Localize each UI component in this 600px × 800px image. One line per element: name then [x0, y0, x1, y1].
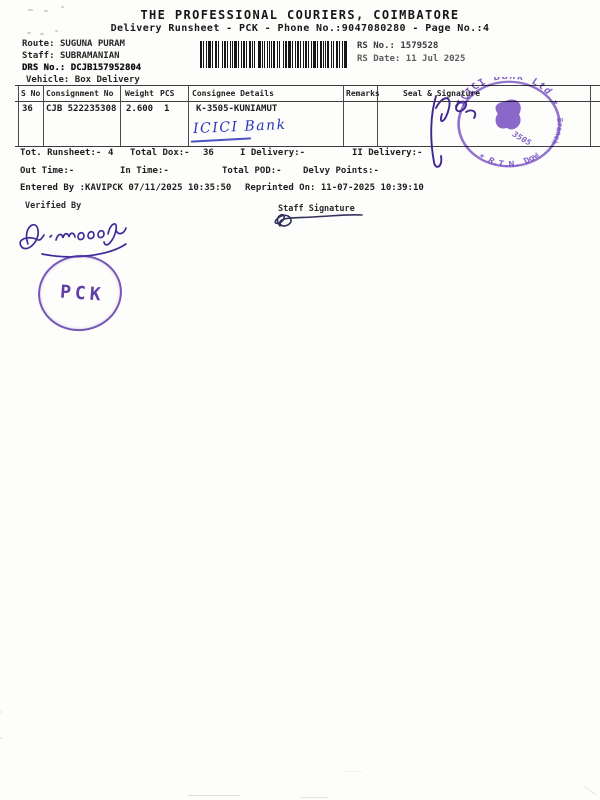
svg-text:Branch: Branch — [549, 118, 565, 146]
seal-signature — [418, 86, 488, 178]
rs-no-line: RS No.: 1579528 — [357, 41, 438, 51]
cell-consignment: CJB 522235308 — [46, 104, 116, 114]
page-subtitle: Delivery Runsheet - PCK - Phone No.:9047… — [0, 23, 600, 34]
total-dox-value: 36 — [203, 148, 214, 158]
vehicle-label: Vehicle: — [26, 75, 69, 85]
icici-logo-blob — [496, 100, 521, 130]
svg-text:3505: 3505 — [510, 129, 534, 147]
page-title: THE PROFESSIONAL COURIERS, COIMBATORE — [0, 8, 600, 22]
route-value: SUGUNA PURAM — [60, 39, 125, 49]
drs-label: DRS No.: — [22, 63, 65, 73]
vehicle-line: Vehicle: Box Delivery — [26, 75, 140, 85]
total-runsheet-value: 4 — [108, 148, 113, 158]
delivery2-label: II Delivery:- — [352, 148, 422, 158]
staff-label: Staff: — [22, 51, 55, 61]
col-header-consignee: Consignee Details — [192, 89, 274, 98]
rs-date-line: RS Date: 11 Jul 2025 — [357, 54, 465, 64]
entered-by-line: Entered By :KAVIPCK 07/11/2025 10:35:50 — [20, 183, 231, 193]
total-dox-label: Total Dox:- — [130, 148, 190, 158]
cell-pcs: 1 — [164, 104, 169, 114]
delvy-points-label: Delvy Points:- — [303, 166, 379, 176]
cell-consignee: K-3505-KUNIAMUT — [196, 104, 277, 114]
col-header-pcs: PCS — [160, 89, 174, 98]
rs-no-label: RS No.: — [357, 41, 395, 51]
rs-date-label: RS Date: — [357, 54, 400, 64]
rs-date-value: 11 Jul 2025 — [406, 54, 466, 64]
col-header-weight: Weight — [125, 89, 154, 98]
handwritten-underline — [191, 137, 251, 142]
out-time-label: Out Time:- — [20, 166, 74, 176]
rs-no-value: 1579528 — [400, 41, 438, 51]
route-line: Route: SUGUNA PURAM — [22, 39, 125, 49]
route-label: Route: — [22, 39, 55, 49]
total-runsheet-label: Tot. Runsheet:- — [20, 148, 101, 158]
vehicle-value: Box Delivery — [75, 75, 140, 85]
drs-line: DRS No.: DCJB157952804 — [22, 63, 141, 73]
handwritten-consignee-note: ICICI Bank — [193, 117, 287, 137]
staff-signature — [268, 208, 368, 236]
in-time-label: In Time:- — [120, 166, 169, 176]
delivery1-label: I Delivery:- — [240, 148, 305, 158]
verified-by-signature — [12, 208, 142, 262]
pck-stamp: PCK — [33, 250, 127, 337]
staff-line: Staff: SUBRAMANIAN — [22, 51, 120, 61]
barcode-icon — [200, 41, 348, 68]
drs-value: DCJB157952804 — [71, 63, 141, 73]
runsheet-page: THE PROFESSIONAL COURIERS, COIMBATORE De… — [0, 0, 600, 800]
col-header-sno: S No — [21, 89, 40, 98]
staff-value: SUBRAMANIAN — [60, 51, 120, 61]
reprinted-on-line: Reprinted On: 11-07-2025 10:39:10 — [245, 183, 424, 193]
cell-sno: 36 — [22, 104, 33, 114]
col-header-consignment: Consignment No — [46, 89, 113, 98]
pck-stamp-text: PCK — [55, 281, 105, 305]
col-header-remarks: Remarks — [346, 89, 380, 98]
total-pod-label: Total POD:- — [222, 166, 282, 176]
cell-weight: 2.600 — [126, 104, 153, 114]
